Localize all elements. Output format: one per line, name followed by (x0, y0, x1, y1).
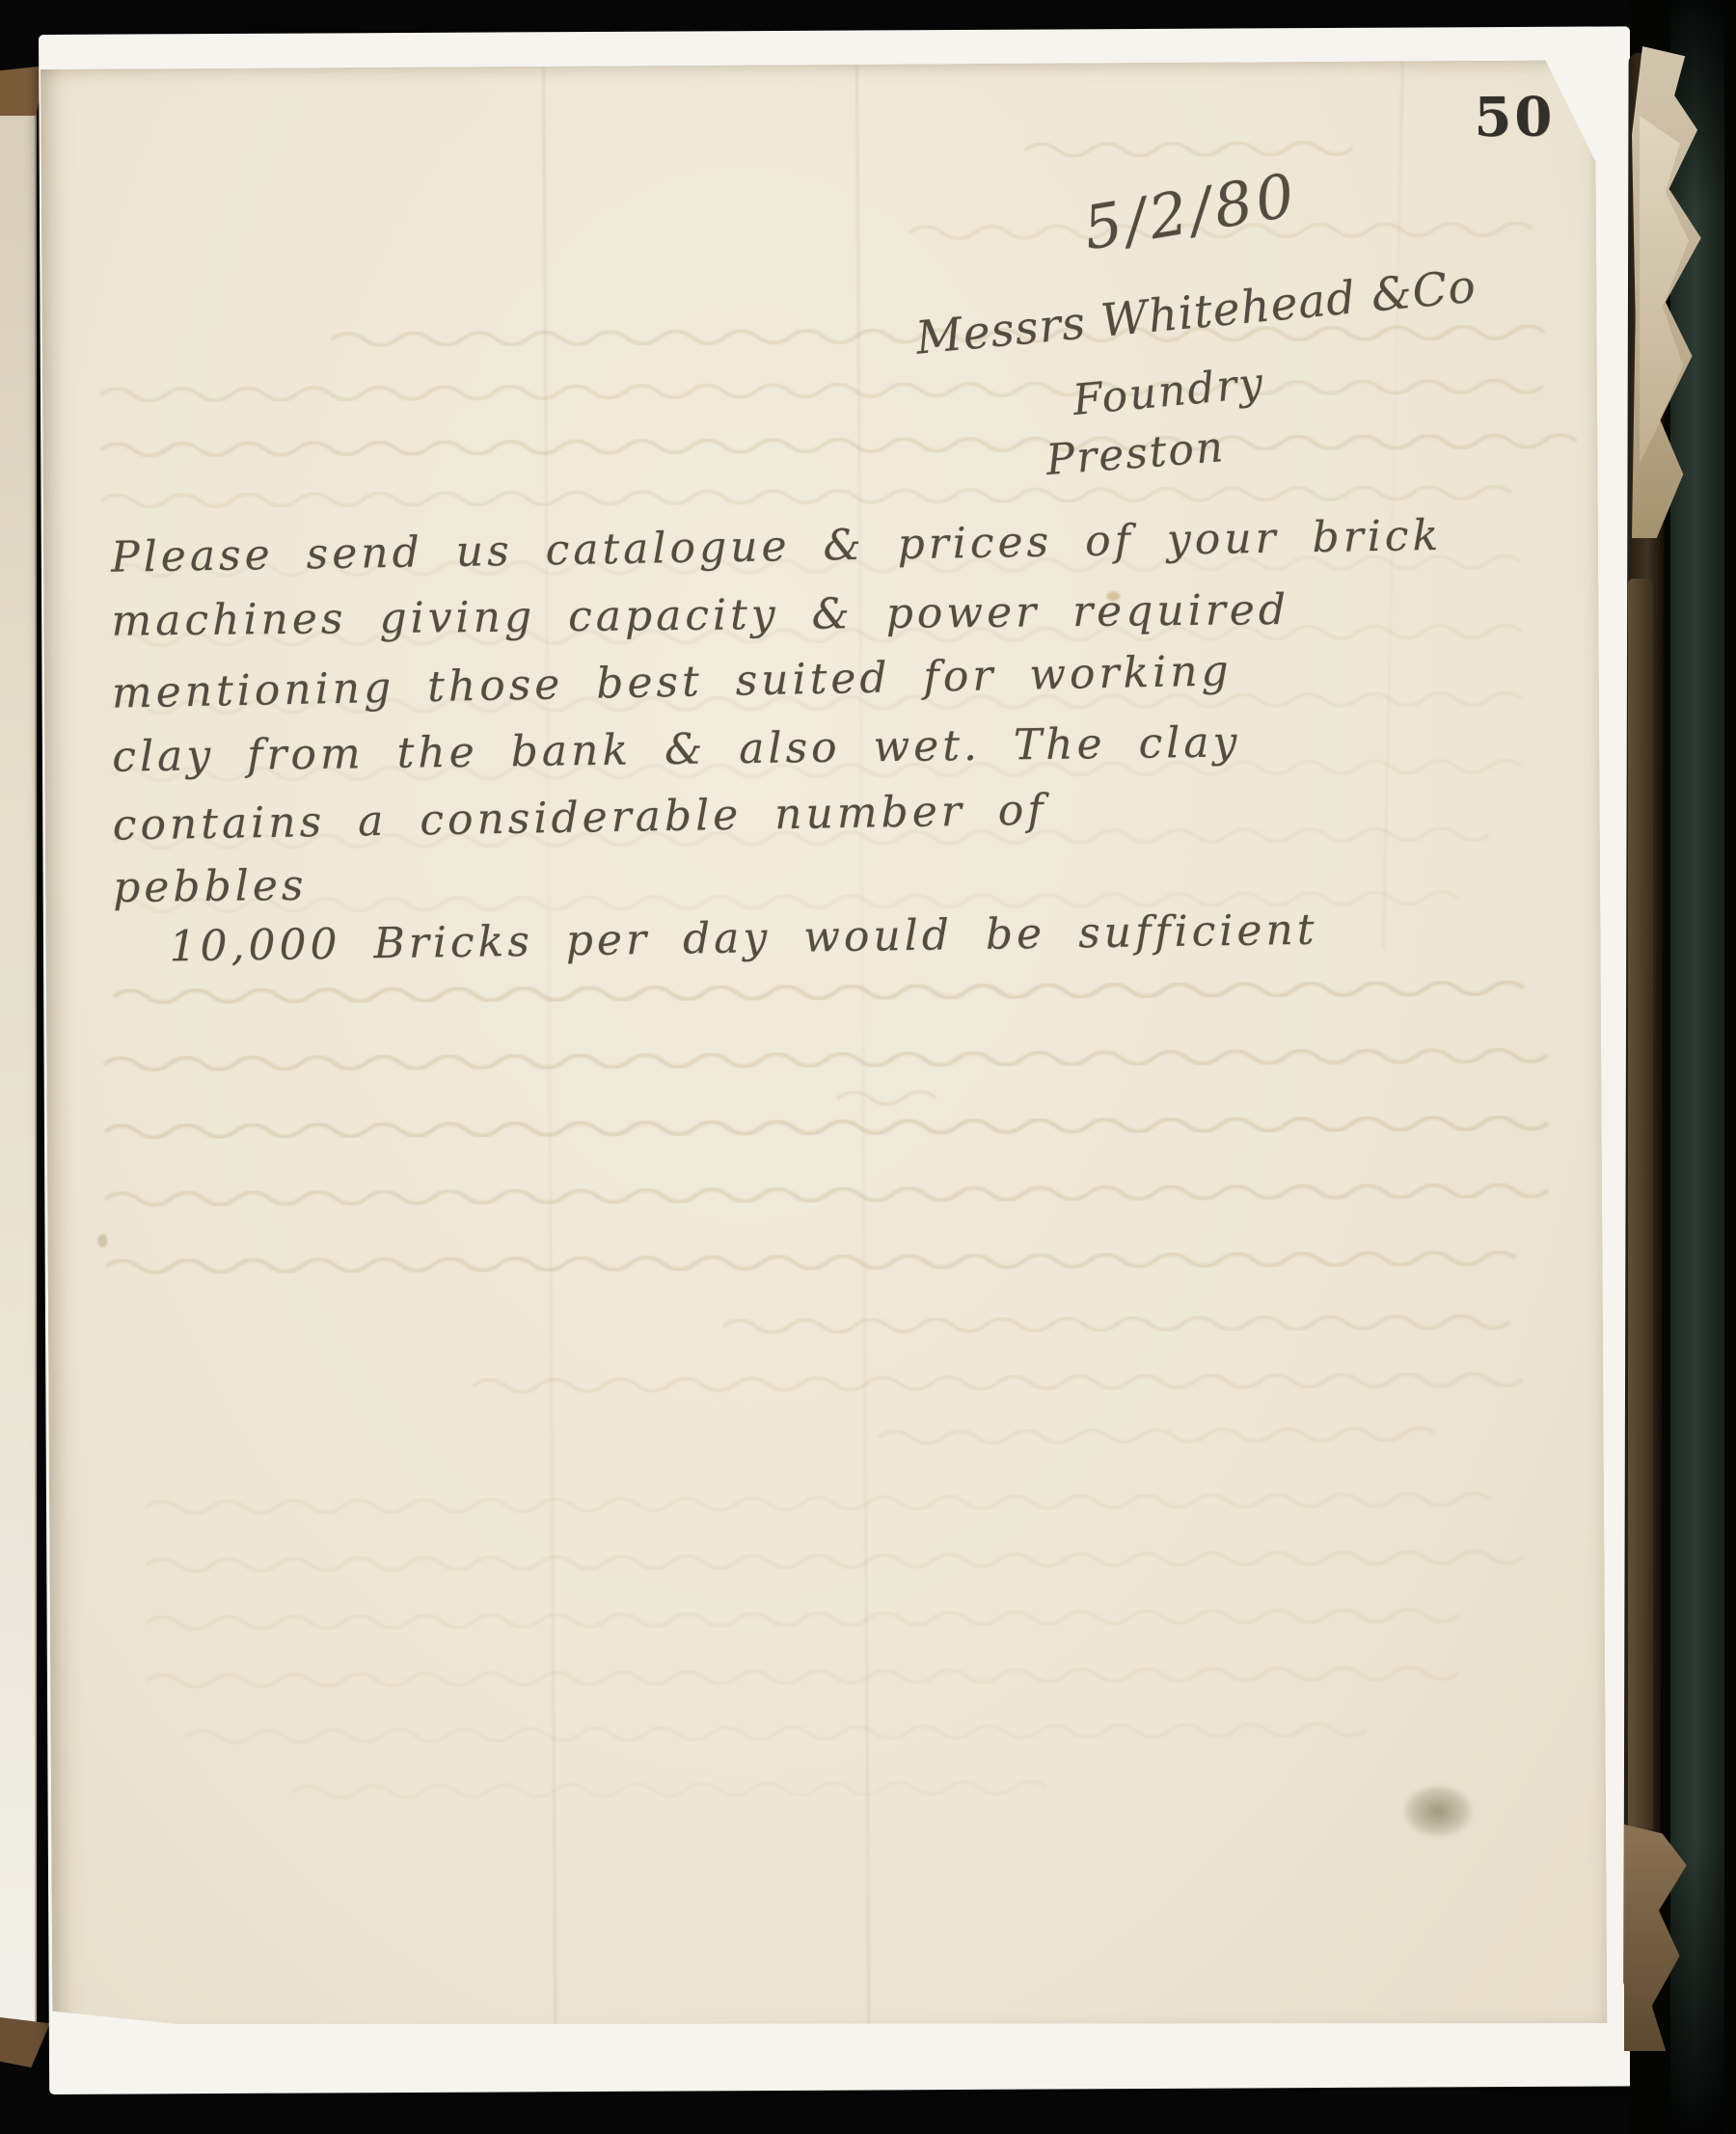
ghost-text-line (146, 1551, 1523, 1572)
ghost-text-line (1024, 142, 1352, 156)
body-line: pebbles (113, 861, 308, 912)
ghost-text-line (104, 1049, 1547, 1070)
ghost-text-line (106, 1252, 1516, 1273)
ghost-text-line (101, 486, 1511, 507)
letterbook-scan: 50 5/2/80 Messrs Whitehead &Co Foundry P… (0, 0, 1736, 2134)
body-line: contains a considerable number of (112, 786, 1047, 851)
body-line: Please send us catalogue & prices of you… (111, 511, 1443, 582)
cover-cloth-edge (1670, 0, 1724, 2134)
ghost-text-line (100, 435, 1576, 456)
torn-page-edge (1628, 579, 1653, 1832)
ghost-text-line (114, 982, 1524, 1003)
ghost-text-line (100, 380, 1543, 401)
recipient-address-line-2: Preston (1044, 422, 1227, 485)
foxing-spot (97, 1234, 107, 1248)
ink-smudge (1403, 1785, 1473, 1837)
letter-date: 5/2/80 (1078, 159, 1302, 263)
recipient-name: Messrs Whitehead &Co (913, 260, 1478, 365)
body-line: clay from the bank & also wet. The clay (112, 717, 1241, 781)
ghost-text-line (837, 1092, 936, 1105)
letter-page: 50 5/2/80 Messrs Whitehead &Co Foundry P… (41, 60, 1607, 2033)
ghost-text-line (473, 1373, 1522, 1392)
page-number-stamp: 50 (1474, 85, 1555, 149)
ghost-text-line (879, 1428, 1436, 1445)
ghost-text-line (186, 1723, 1367, 1742)
body-line: 10,000 Bricks per day would be sufficien… (169, 905, 1318, 972)
ghost-writing-layer (41, 60, 1607, 2033)
ghost-text-line (105, 1184, 1548, 1205)
foxing-spot (1106, 591, 1120, 601)
body-line: mentioning those best suited for working (111, 646, 1233, 717)
ghost-text-line (105, 1117, 1548, 1138)
binding-leather-bottom (0, 2017, 50, 2067)
previous-page-edge (0, 89, 37, 2033)
paper-crease (542, 67, 556, 2030)
ghost-text-line (292, 1781, 1046, 1798)
ghost-text-line (147, 1667, 1458, 1688)
paper-crease (855, 65, 870, 2028)
paper-crease (1382, 62, 1404, 949)
ghost-text-line (146, 1493, 1490, 1514)
recipient-address-line-1: Foundry (1071, 359, 1266, 425)
ghost-text-line (723, 1315, 1510, 1333)
ghost-text-line (147, 1609, 1458, 1630)
